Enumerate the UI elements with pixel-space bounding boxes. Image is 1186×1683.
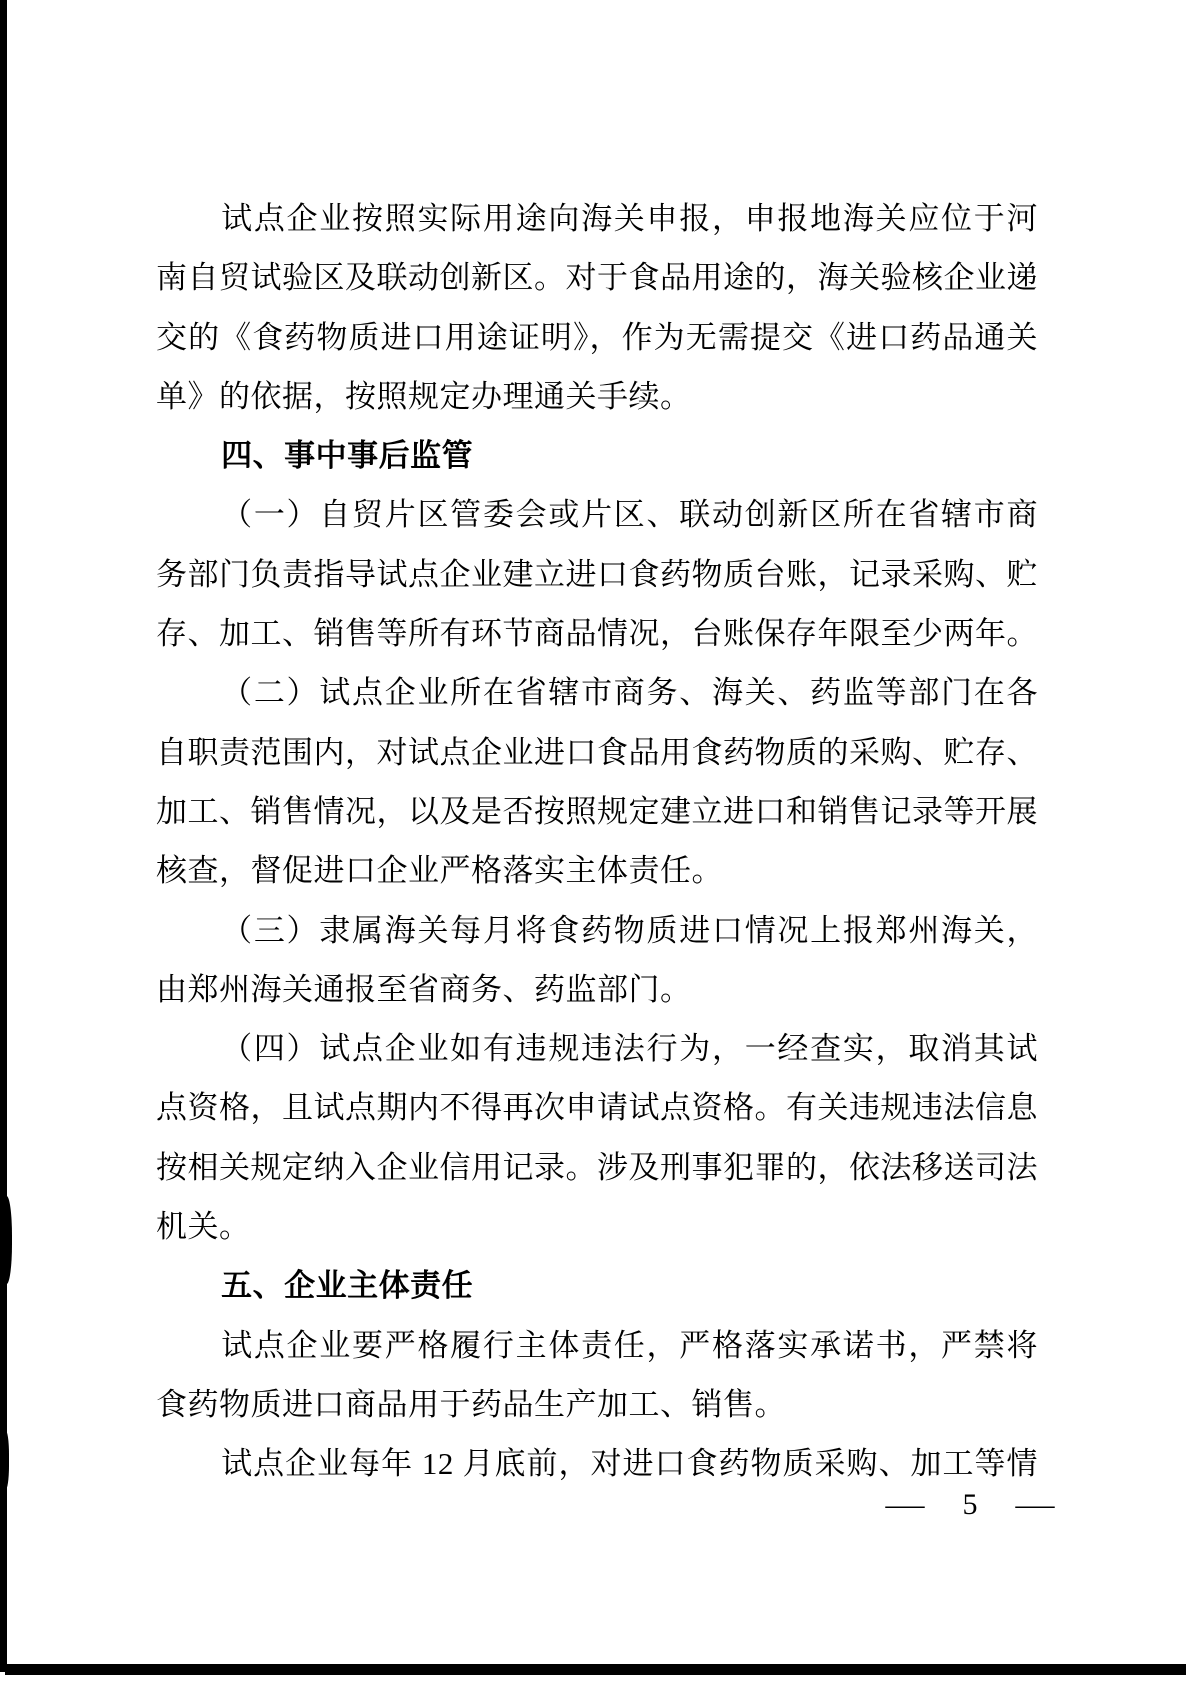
document-body: 试点企业按照实际用途向海关申报，申报地海关应位于河南自贸试验区及联动创新区。对于… xyxy=(156,189,1038,1494)
page-number-dash-left: — xyxy=(886,1487,925,1523)
paragraph-item-2-inspection: （二）试点企业所在省辖市商务、海关、药监等部门在各自职责范围内，对试点企业进口食… xyxy=(156,663,1038,900)
paragraph-item-1-ledger: （一）自贸片区管委会或片区、联动创新区所在省辖市商务部门负责指导试点企业建立进口… xyxy=(156,485,1038,663)
page-number-value: 5 xyxy=(963,1487,978,1523)
page-number-dash-right: — xyxy=(1016,1487,1055,1523)
paragraph-commitment: 试点企业要严格履行主体责任，严格落实承诺书，严禁将食药物质进口商品用于药品生产加… xyxy=(156,1316,1038,1435)
scan-artifact-left-blob-2 xyxy=(0,1430,9,1490)
scan-artifact-left-blob xyxy=(0,1196,12,1284)
scan-artifact-bottom-edge xyxy=(5,1664,1186,1675)
paragraph-item-3-customs-report: （三）隶属海关每月将食药物质进口情况上报郑州海关，由郑州海关通报至省商务、药监部… xyxy=(156,901,1038,1020)
paragraph-item-4-violations: （四）试点企业如有违规违法行为，一经查实，取消其试点资格，且试点期内不得再次申请… xyxy=(156,1019,1038,1256)
paragraph-customs-declaration: 试点企业按照实际用途向海关申报，申报地海关应位于河南自贸试验区及联动创新区。对于… xyxy=(156,189,1038,426)
document-page: 试点企业按照实际用途向海关申报，申报地海关应位于河南自贸试验区及联动创新区。对于… xyxy=(0,0,1186,1683)
scan-artifact-left-edge xyxy=(0,0,7,1672)
paragraph-annual-report: 试点企业每年 12 月底前，对进口食药物质采购、加工等情 xyxy=(156,1434,1038,1493)
heading-section-5-responsibility: 五、企业主体责任 xyxy=(156,1256,1038,1315)
heading-section-4-supervision: 四、事中事后监管 xyxy=(156,426,1038,485)
page-number: — 5 — xyxy=(890,1487,1050,1523)
